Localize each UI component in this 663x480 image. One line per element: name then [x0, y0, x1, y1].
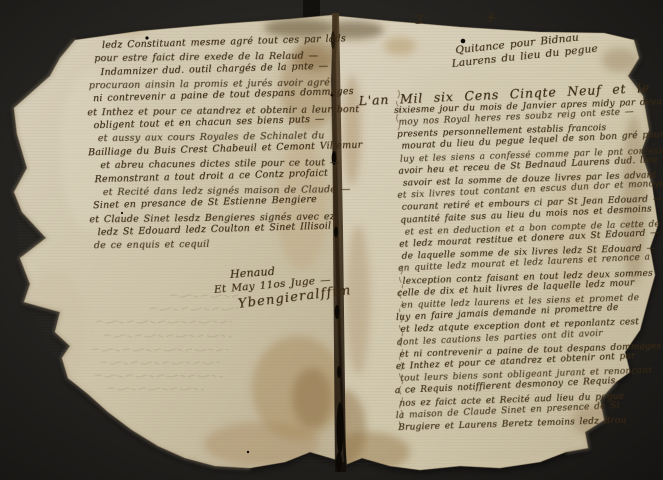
cross-mark: + [484, 9, 498, 27]
handwriting-layer: 3 + Quitance pour Bidnau Laurens du lieu… [0, 0, 663, 480]
handwriting-line: de ce enquis et cequil [94, 239, 210, 251]
manuscript-scan: 3 + Quitance pour Bidnau Laurens du lieu… [0, 0, 663, 480]
handwriting-line: ledz Constituant mesme agré tout ces par… [102, 33, 346, 51]
folio-number: 3 [415, 13, 423, 27]
heading-block: Quitance pour Bidnau Laurens du lieu du … [455, 24, 657, 79]
right-page-text-block: L'an Mil six Cens Cinqte Neuf et le sixi… [341, 82, 652, 443]
left-page-text-block: ledz Constituant mesme agré tout ces par… [84, 36, 326, 261]
